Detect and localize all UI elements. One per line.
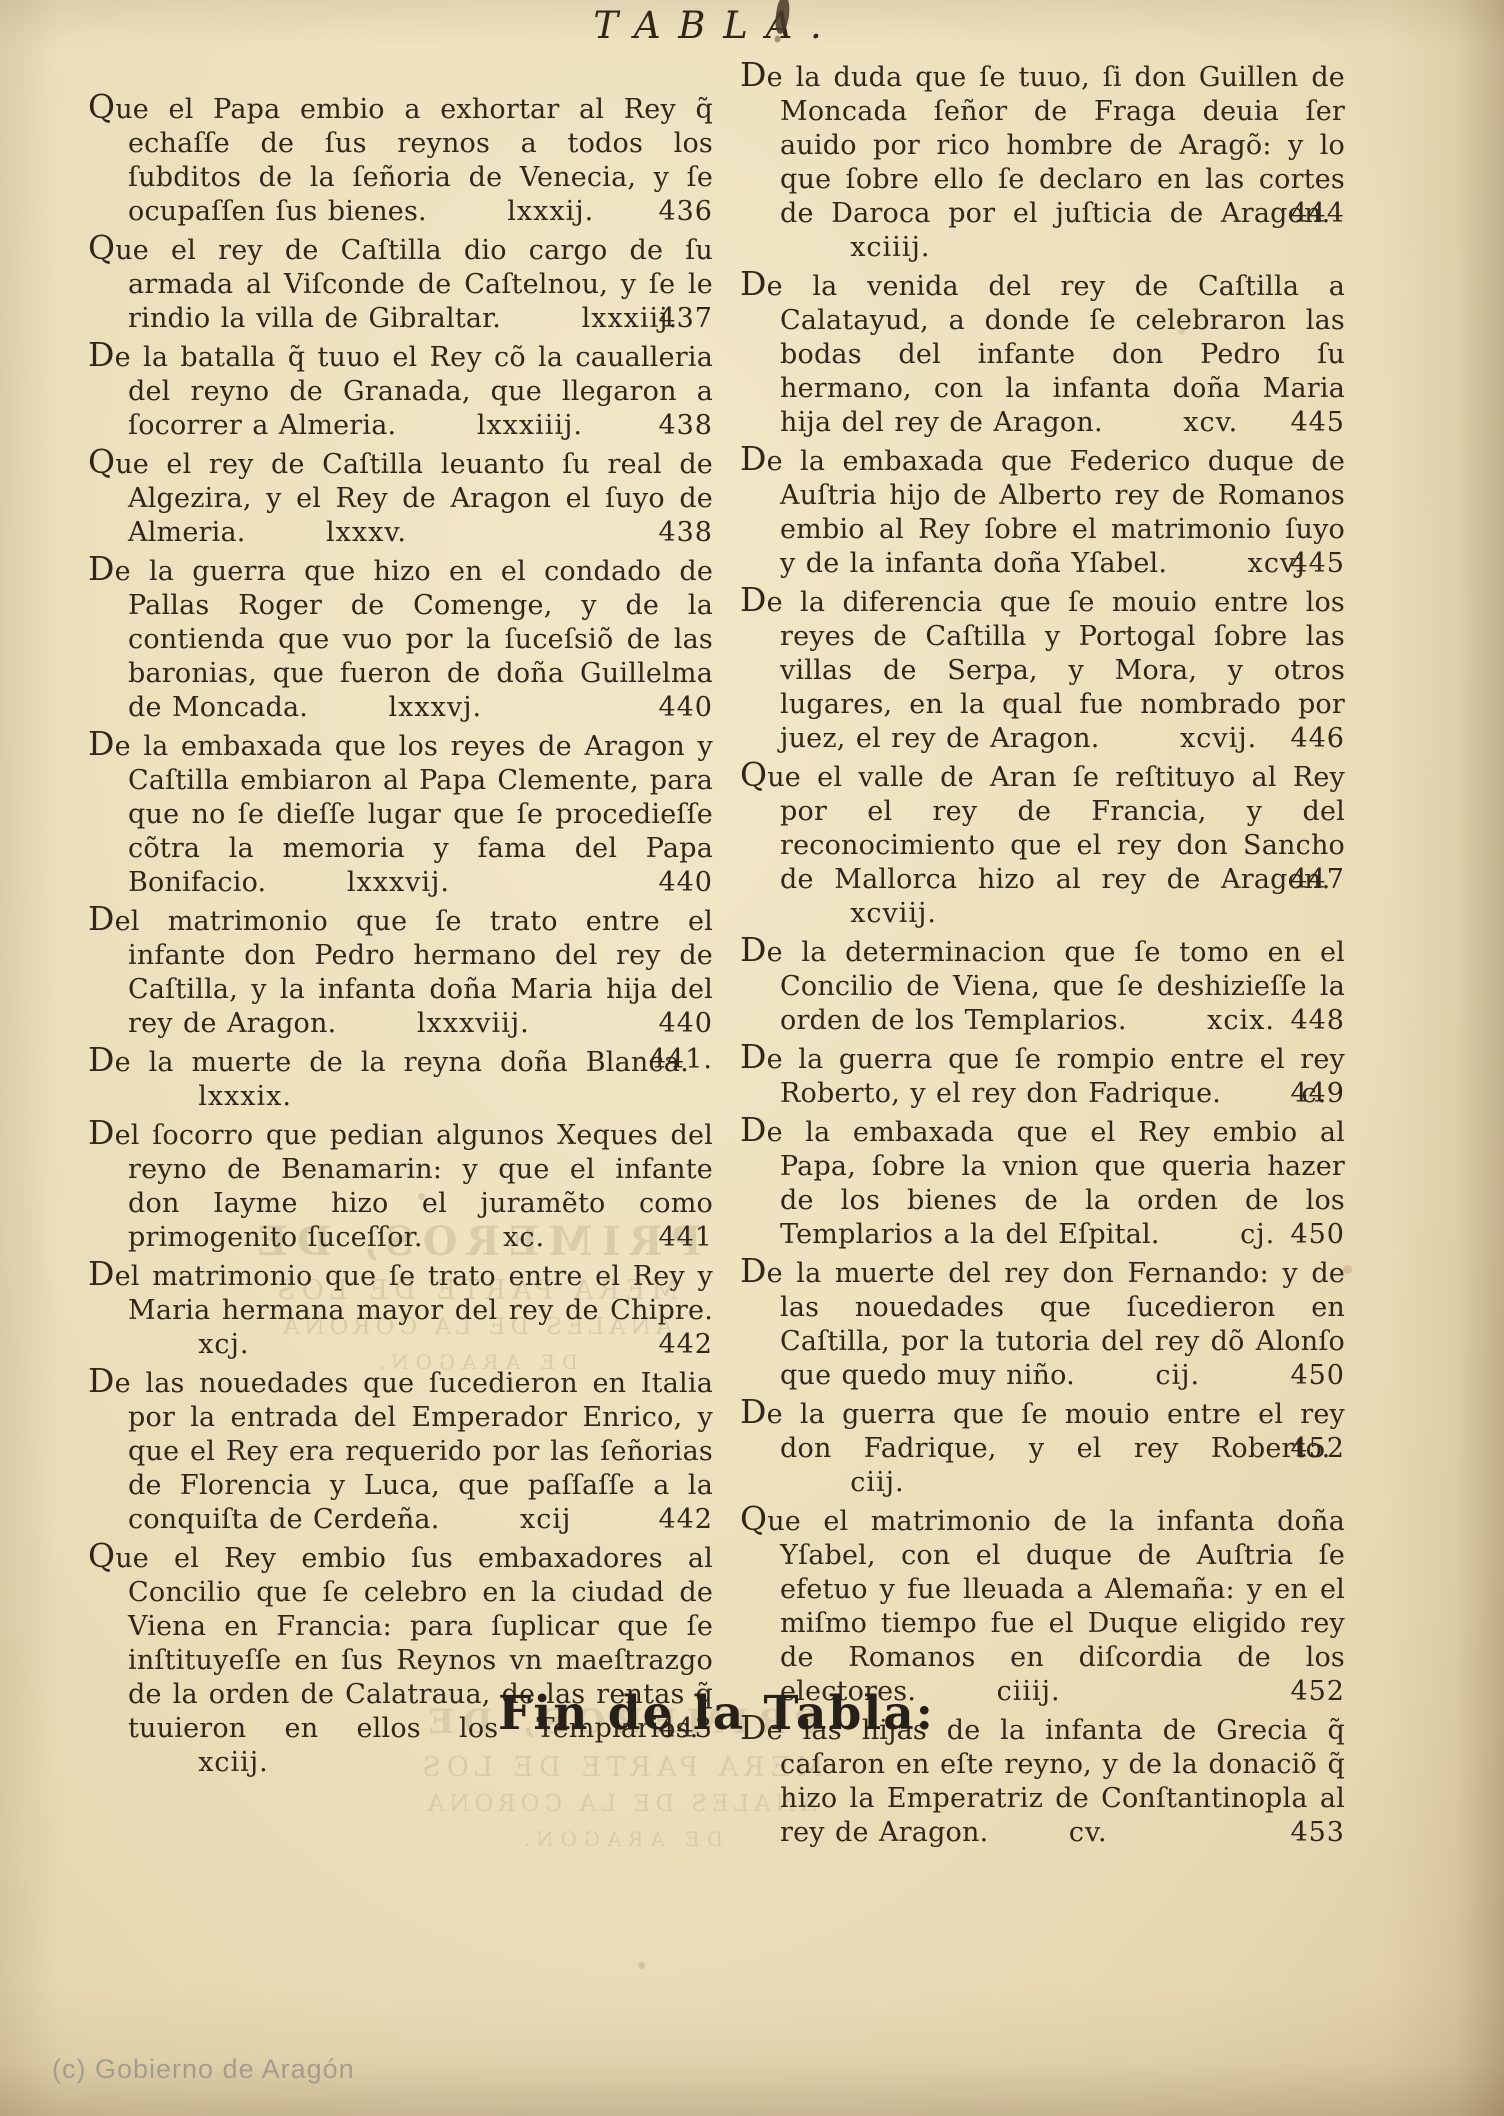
page-number: 438 — [698, 409, 713, 443]
page-number: 444 — [1330, 197, 1345, 231]
entry-text: De la muerte de la reyna doña Blanca. — [88, 1047, 689, 1078]
page-number: 450 — [1330, 1218, 1345, 1252]
toc-entry-right-11: Que el matrimonio de la infanta doña Yſa… — [740, 1502, 1345, 1709]
toc-entry-right-5: Que el valle de Aran ſe reſtituyo al Rey… — [740, 758, 1345, 931]
entry-text: De la batalla q̃ tuuo el Rey cõ la caual… — [88, 342, 713, 441]
chapter-roman-numeral: xcv. — [1183, 407, 1238, 438]
toc-entry-right-2: De la venida del rey de Caſtilla a Calat… — [740, 267, 1345, 440]
toc-entry-right-7: De la guerra que ſe rompio entre el rey … — [740, 1040, 1345, 1111]
page-number: 440 — [698, 691, 713, 725]
page-number: 440 — [698, 1007, 713, 1041]
entry-text: Del matrimonio que ſe trato entre el Rey… — [88, 1261, 713, 1326]
chapter-roman-numeral: xc. — [503, 1222, 545, 1253]
copyright-watermark: (c) Gobierno de Aragón — [52, 2054, 355, 2085]
entry-text: De las nouedades que ſucedieron en Itali… — [88, 1368, 713, 1535]
page-number: 441. — [689, 1043, 713, 1077]
toc-entry-left-10: Del matrimonio que ſe trato entre el Rey… — [88, 1257, 713, 1362]
entry-text: Que el Papa embio a exhortar al Rey q̃ e… — [88, 94, 713, 227]
chapter-roman-numeral: ciij. — [850, 1467, 904, 1498]
entry-text: De la venida del rey de Caſtilla a Calat… — [740, 271, 1345, 438]
chapter-roman-numeral: lxxxvij. — [347, 867, 450, 898]
entry-text: Del matrimonio que ſe trato entre el inf… — [88, 906, 713, 1039]
chapter-roman-numeral: cij. — [1155, 1360, 1200, 1391]
toc-entry-left-3: De la batalla q̃ tuuo el Rey cõ la caual… — [88, 338, 713, 443]
chapter-roman-numeral: lxxxij. — [507, 196, 594, 227]
entry-text: Que el valle de Aran ſe reſtituyo al Rey… — [740, 762, 1345, 895]
toc-entry-right-4: De la diferencia que ſe mouio entre los … — [740, 583, 1345, 756]
page-number: 438 — [698, 516, 713, 550]
chapter-roman-numeral: lxxxvj. — [389, 692, 483, 723]
toc-entry-right-8: De la embaxada que el Rey embio al Papa,… — [740, 1113, 1345, 1252]
entry-text: Del ſocorro que pedian algunos Xeques de… — [88, 1120, 713, 1253]
page-number: 448 — [1330, 1004, 1345, 1038]
toc-entry-right-9: De la muerte del rey don Fernando: y de … — [740, 1254, 1345, 1393]
toc-entry-left-11: De las nouedades que ſucedieron en Itali… — [88, 1364, 713, 1537]
entry-text: De la guerra que ſe mouio entre el rey d… — [740, 1399, 1345, 1464]
toc-entry-left-2: Que el rey de Caſtilla dio cargo de ſu a… — [88, 231, 713, 336]
page-number: 436 — [698, 195, 713, 229]
toc-entry-left-12: Que el Rey embio ſus embaxadores al Conc… — [88, 1539, 713, 1780]
chapter-roman-numeral: c. — [1302, 1078, 1328, 1109]
toc-entry-right-1: De la duda que ſe tuuo, ſi don Guillen d… — [740, 58, 1345, 265]
page-number: 445 — [1330, 547, 1345, 581]
chapter-roman-numeral: cv. — [1069, 1817, 1108, 1848]
toc-entry-right-3: De la embaxada que Federico duque de Auſ… — [740, 442, 1345, 581]
page-number: 440 — [698, 866, 713, 900]
page-number: 442 — [698, 1328, 713, 1362]
toc-entry-left-5: De la guerra que hizo en el condado de P… — [88, 552, 713, 725]
toc-column-left: Que el Papa embio a exhortar al Rey q̃ e… — [88, 90, 713, 1782]
chapter-roman-numeral: lxxxiij. — [582, 303, 679, 334]
page-number: 441 — [698, 1221, 713, 1255]
entry-text: De la duda que ſe tuuo, ſi don Guillen d… — [740, 62, 1345, 229]
entry-text: De la muerte del rey don Fernando: y de … — [740, 1258, 1345, 1391]
book-page: PRIMEROS, DEMERA PARTE DE LOSANALES DE L… — [0, 0, 1504, 2116]
page-number: 446 — [1330, 722, 1345, 756]
page-number: 442 — [698, 1503, 713, 1537]
chapter-roman-numeral: xcviij. — [850, 898, 937, 929]
chapter-roman-numeral: xcix. — [1207, 1005, 1275, 1036]
chapter-roman-numeral: lxxxviij. — [417, 1008, 530, 1039]
chapter-roman-numeral: lxxxv. — [326, 517, 407, 548]
entry-text: De la guerra que ſe rompio entre el rey … — [740, 1044, 1345, 1109]
chapter-roman-numeral: xciij. — [198, 1747, 269, 1778]
toc-entry-left-7: Del matrimonio que ſe trato entre el inf… — [88, 902, 713, 1041]
chapter-roman-numeral: lxxxix. — [198, 1081, 292, 1112]
page-title: TABLA. — [88, 4, 1345, 47]
toc-entry-left-9: Del ſocorro que pedian algunos Xeques de… — [88, 1116, 713, 1255]
toc-entry-left-8: De la muerte de la reyna doña Blanca. 44… — [88, 1043, 713, 1114]
toc-entry-right-10: De la guerra que ſe mouio entre el rey d… — [740, 1395, 1345, 1500]
page-number: 447 — [1330, 863, 1345, 897]
chapter-roman-numeral: xcij — [520, 1504, 571, 1535]
chapter-roman-numeral: xciiij. — [850, 232, 930, 263]
page-number: 450 — [1330, 1359, 1345, 1393]
chapter-roman-numeral: lxxxiiij. — [477, 410, 583, 441]
chapter-roman-numeral: xcvj — [1248, 548, 1306, 579]
toc-entry-left-6: De la embaxada que los reyes de Aragon y… — [88, 727, 713, 900]
toc-entry-left-4: Que el rey de Caſtilla leuanto ſu real d… — [88, 445, 713, 550]
paper-specks — [0, 0, 3, 3]
chapter-roman-numeral: xcj. — [198, 1329, 249, 1360]
page-number: 452 — [1330, 1432, 1345, 1466]
toc-entry-right-6: De la determinacion que ſe tomo en el Co… — [740, 933, 1345, 1038]
page-number: 445 — [1330, 406, 1345, 440]
page-number: 449 — [1330, 1077, 1345, 1111]
table-end-note: Fin de la Tabla: — [88, 1686, 1345, 1741]
chapter-roman-numeral: xcvij. — [1180, 723, 1257, 754]
toc-column-right: De la duda que ſe tuuo, ſi don Guillen d… — [740, 58, 1345, 1852]
toc-entry-left-1: Que el Papa embio a exhortar al Rey q̃ e… — [88, 90, 713, 229]
page-number: 453 — [1330, 1816, 1345, 1850]
chapter-roman-numeral: cj. — [1240, 1219, 1275, 1250]
page-number: 437 — [698, 302, 713, 336]
